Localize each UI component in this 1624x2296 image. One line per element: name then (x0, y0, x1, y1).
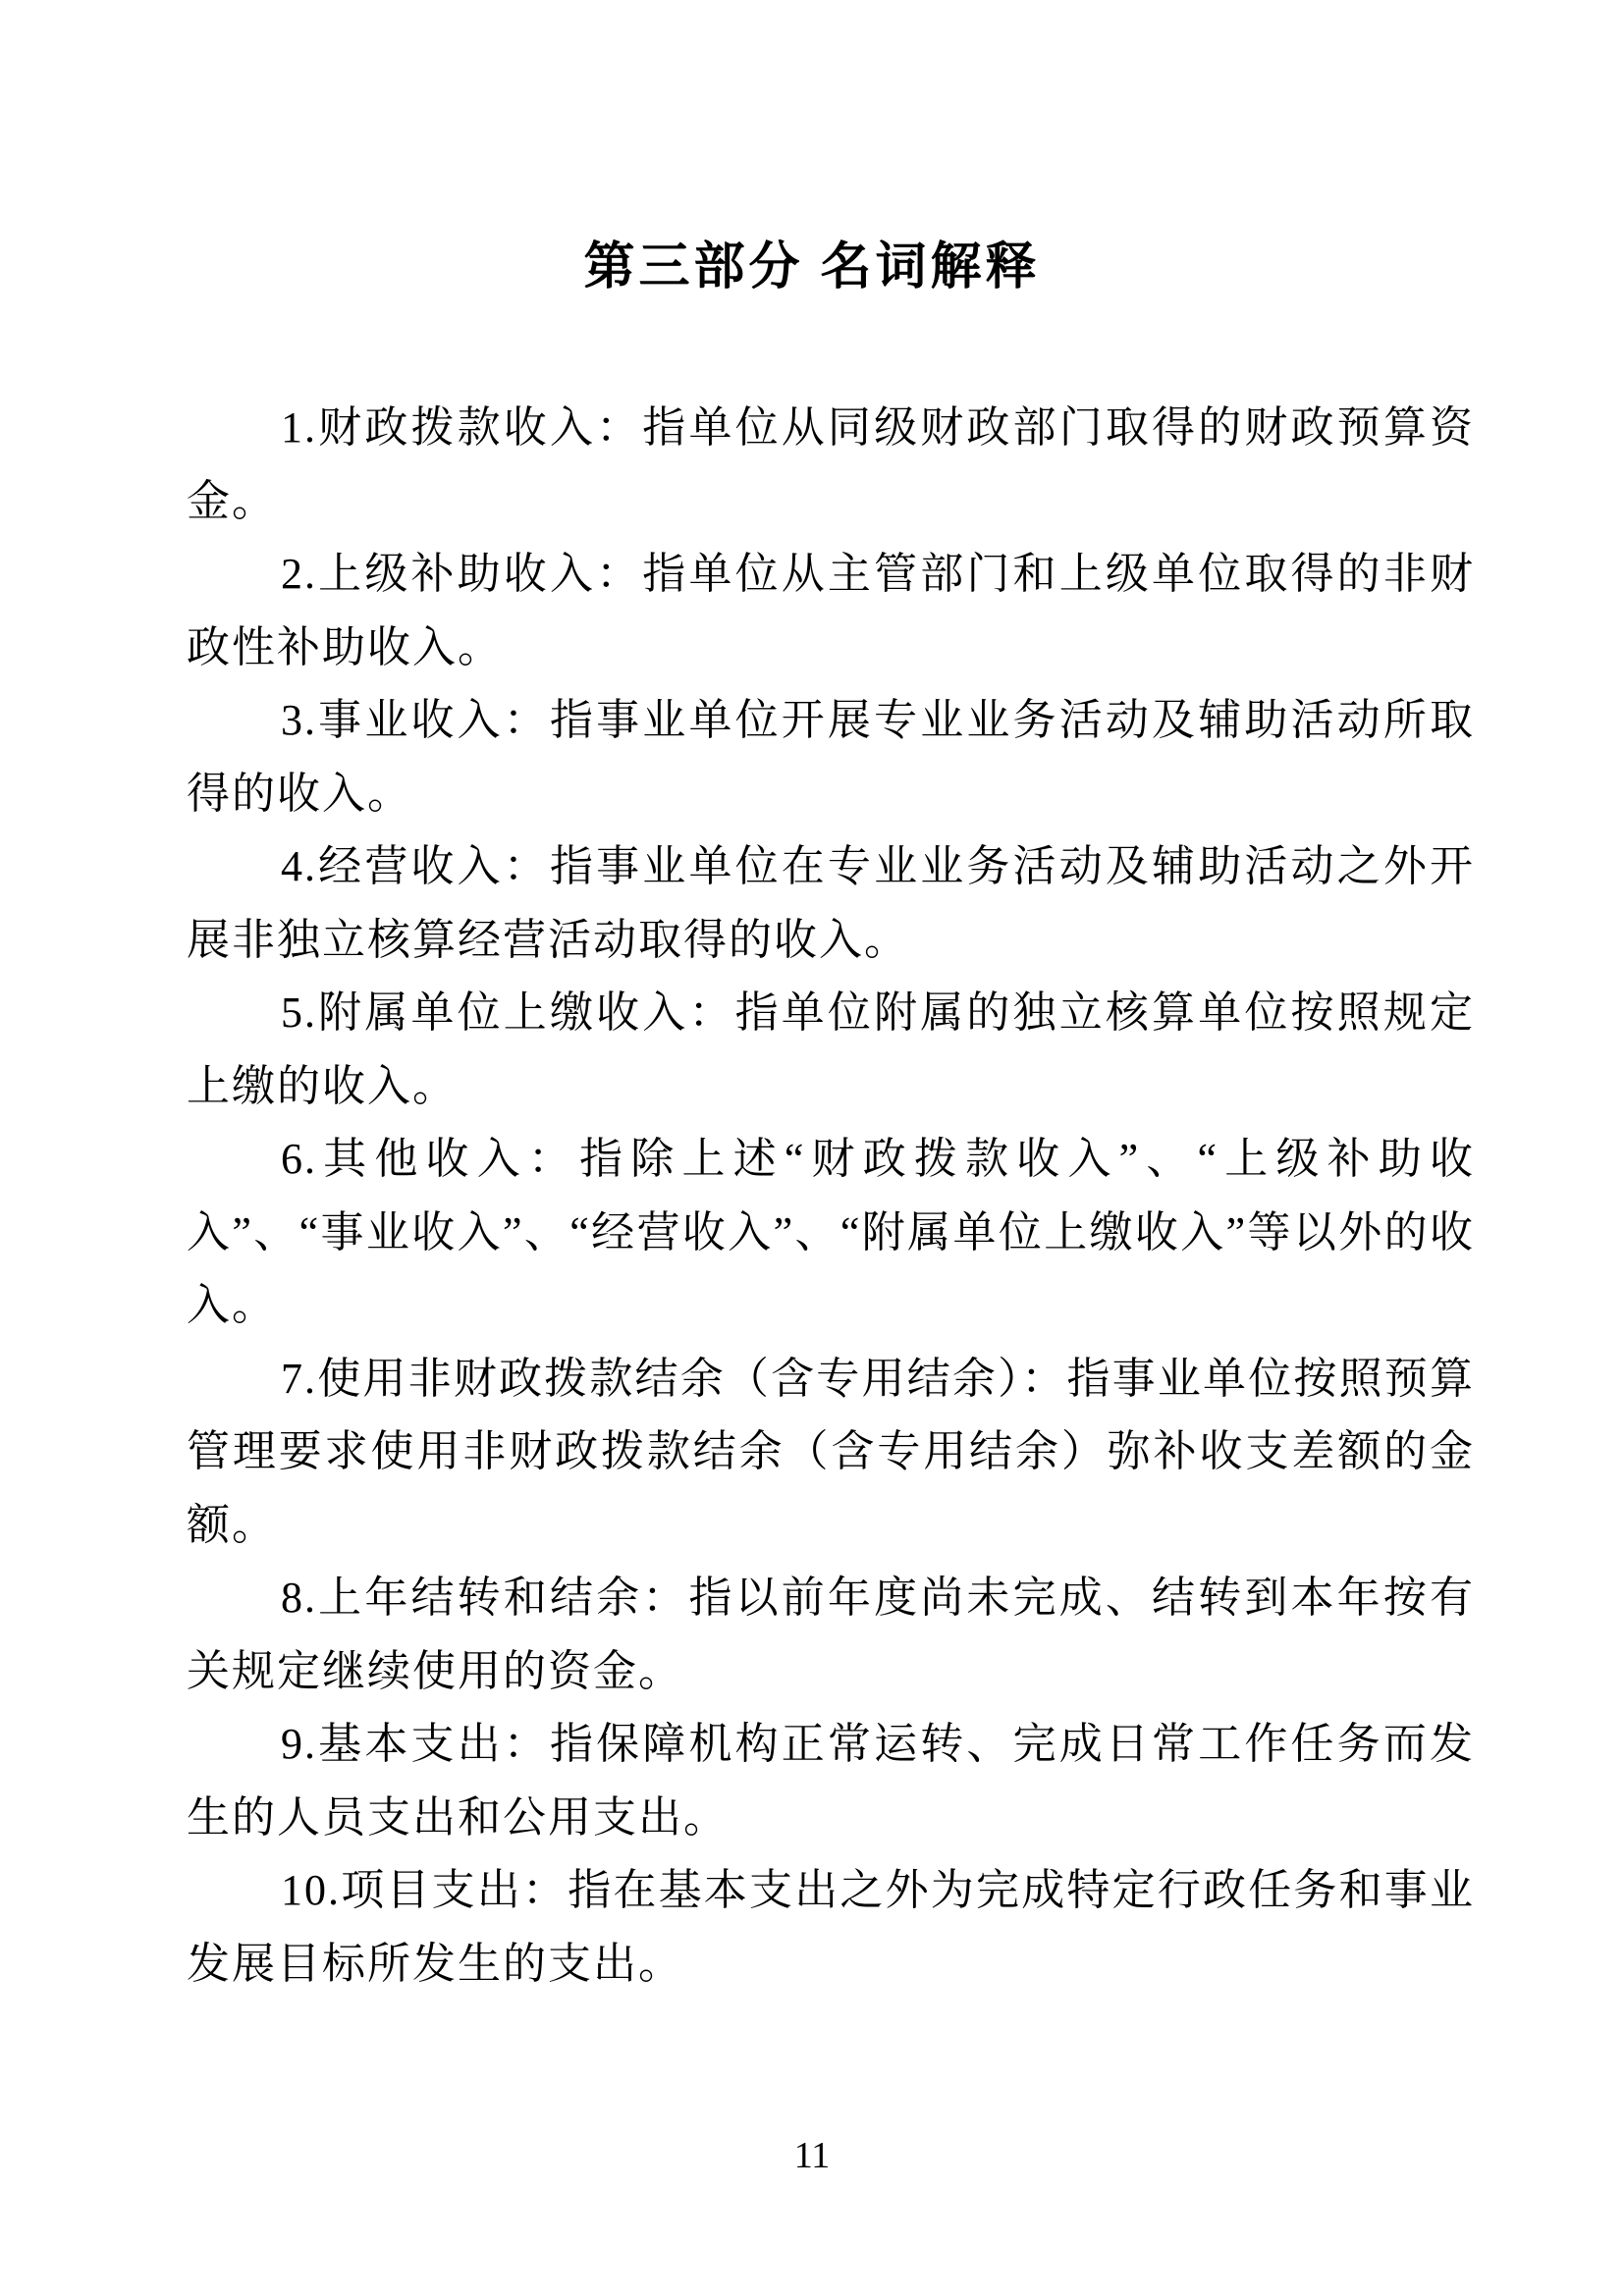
definition-paragraph-5: 5.附属单位上缴收入：指单位附属的独立核算单位按照规定上缴的收入。 (187, 977, 1475, 1123)
document-page: 第三部分 名词解释 1.财政拨款收入：指单位从同级财政部门取得的财政预算资金。 … (0, 0, 1624, 2296)
definition-paragraph-8: 8.上年结转和结余：指以前年度尚未完成、结转到本年按有关规定继续使用的资金。 (187, 1562, 1475, 1708)
definition-paragraph-3: 3.事业收入：指事业单位开展专业业务活动及辅助活动所取得的收入。 (187, 684, 1475, 830)
definition-paragraph-7: 7.使用非财政拨款结余（含专用结余）：指事业单位按照预算管理要求使用非财政拨款结… (187, 1343, 1475, 1563)
definition-paragraph-1: 1.财政拨款收入：指单位从同级财政部门取得的财政预算资金。 (187, 392, 1475, 538)
definition-paragraph-9: 9.基本支出：指保障机构正常运转、完成日常工作任务而发生的人员支出和公用支出。 (187, 1708, 1475, 1854)
definition-paragraph-6: 6.其他收入：指除上述“财政拨款收入”、“上级补助收入”、“事业收入”、“经营收… (187, 1123, 1475, 1343)
definition-paragraph-4: 4.经营收入：指事业单位在专业业务活动及辅助活动之外开展非独立核算经营活动取得的… (187, 830, 1475, 977)
page-number: 11 (0, 2136, 1624, 2175)
document-body: 1.财政拨款收入：指单位从同级财政部门取得的财政预算资金。 2.上级补助收入：指… (187, 392, 1475, 2001)
section-title: 第三部分 名词解释 (0, 234, 1624, 302)
definition-paragraph-2: 2.上级补助收入：指单位从主管部门和上级单位取得的非财政性补助收入。 (187, 538, 1475, 684)
definition-paragraph-10: 10.项目支出：指在基本支出之外为完成特定行政任务和事业发展目标所发生的支出。 (187, 1854, 1475, 2001)
